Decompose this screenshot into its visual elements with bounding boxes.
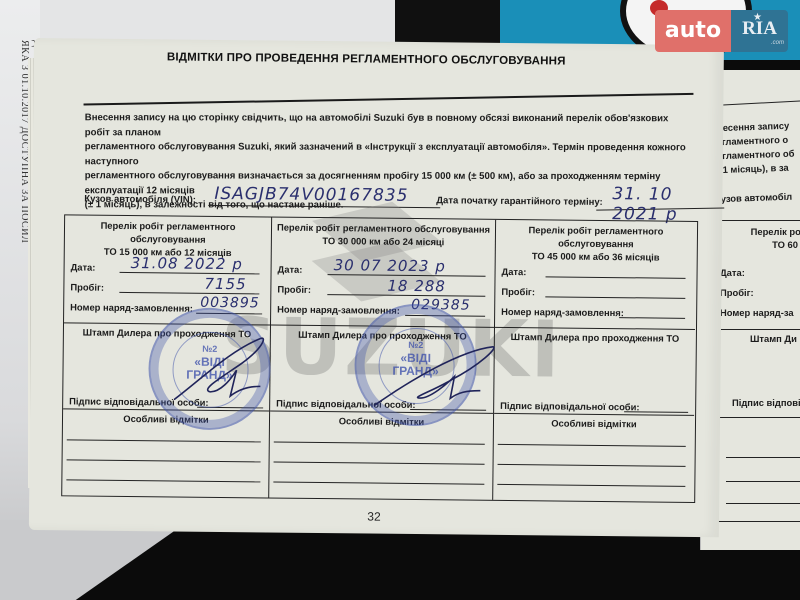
title-rule [711, 99, 800, 106]
order-number-label: Номер наряд-замовлення: [501, 306, 624, 318]
mileage-label: Пробіг: [720, 287, 754, 298]
service-date: 31.08 2022 р [131, 254, 243, 273]
signature-scribble [370, 340, 501, 411]
notes-line [498, 464, 686, 467]
notes-line [67, 439, 261, 442]
notes-line [497, 484, 685, 487]
stamp-label: Штамп Ди [750, 333, 797, 344]
background-surface [0, 520, 190, 600]
notes-line [726, 457, 800, 458]
star-icon: ★ [753, 12, 762, 23]
mileage-underline [545, 296, 685, 298]
service-mileage: 7155 [204, 275, 246, 293]
order-underline [619, 317, 685, 319]
vin-label: Кузов автомобіля (VIN): [84, 194, 196, 206]
notes-section: Особливі відмітки [269, 410, 493, 500]
autoria-logo: auto RIA ★ .com [655, 10, 788, 52]
page-title: ВІДМІТКИ ПРО ПРОВЕДЕННЯ РЕГЛАМЕНТНОГО ОБ… [34, 50, 699, 69]
intro-line: Внесення запису на цю сторінку свідчить,… [85, 111, 695, 141]
page-number: 32 [29, 506, 719, 527]
signature-label: Підпис відповідальної особи: [500, 400, 639, 412]
mileage-label: Пробіг: [501, 286, 535, 297]
service-column-45000: Перелік робіт регламентного обслуговуван… [493, 220, 696, 502]
date-label: Дата: [71, 261, 96, 272]
service-header: Перелік робіт ре ТО 60 0 [714, 221, 800, 251]
notes-line [66, 479, 260, 482]
header-interval: ТО 30 000 км або 24 місяці [272, 234, 495, 249]
logo-auto-text: auto [655, 10, 731, 52]
notes-line [726, 503, 800, 504]
service-table: Перелік робіт ре ТО 60 0 Дата: Пробіг: Н… [713, 220, 800, 522]
notes-line [274, 442, 485, 445]
notes-line [274, 462, 485, 465]
service-header: Перелік робіт регламентного обслуговуван… [65, 215, 271, 259]
header-line: Перелік робіт регламентного обслуговуван… [272, 221, 495, 236]
notes-line [67, 459, 261, 462]
intro-line: (± 1 місяць), в за [712, 161, 796, 178]
header-line: Перелік робіт ре [744, 225, 800, 238]
section-divider [714, 417, 800, 418]
service-book-page: ВІДМІТКИ ПРО ПРОВЕДЕННЯ РЕГЛАМЕНТНОГО ОБ… [29, 38, 724, 537]
intro-line: регламентного обслуговування Suzuki, яки… [85, 140, 695, 170]
dealer-stamp-section: Штамп Дилера про проходження ТО Підпис в… [494, 327, 695, 416]
header-line: ТО 60 0 [744, 238, 800, 251]
section-divider [714, 329, 800, 330]
notes-line [498, 444, 686, 447]
notes-line [726, 481, 800, 482]
service-header: Перелік робіт регламентного обслуговуван… [496, 220, 696, 264]
notes-line [273, 482, 484, 485]
signature-scribble [170, 329, 271, 410]
mileage-label: Пробіг: [277, 284, 311, 295]
stamp-title: Штамп Дилера про проходження ТО [495, 328, 695, 344]
logo-domain-text: .com [771, 40, 784, 46]
notes-section: Особливі відмітки [493, 413, 694, 503]
date-label: Дата: [720, 267, 745, 278]
date-label: Дата: [278, 264, 303, 275]
mileage-label: Пробіг: [70, 281, 104, 292]
title-rule [84, 93, 694, 106]
header-line: Перелік робіт регламентного обслуговуван… [65, 218, 271, 246]
header-line: Перелік робіт регламентного обслуговуван… [496, 223, 696, 251]
order-number-label: Номер наряд-замовлення: [70, 301, 193, 313]
signature-label: Підпис відпові [732, 397, 800, 408]
service-mileage: 18 288 [387, 277, 446, 296]
header-interval: ТО 45 000 км або 36 місяців [496, 249, 696, 264]
service-date: 30 07 2023 р [334, 256, 446, 275]
vin-label: Кузов автомобіл [715, 191, 792, 205]
date-label: Дата: [502, 266, 527, 277]
warranty-start-value: 31. 10 2021 р [612, 184, 704, 225]
warranty-start-label: Дата початку гарантійного терміну: [436, 195, 603, 208]
notes-title: Особливі відмітки [494, 414, 694, 430]
date-underline [546, 276, 686, 278]
order-label: Номер наряд-за [720, 307, 794, 318]
service-header: Перелік робіт регламентного обслуговуван… [272, 218, 495, 249]
signature-underline [624, 411, 688, 413]
